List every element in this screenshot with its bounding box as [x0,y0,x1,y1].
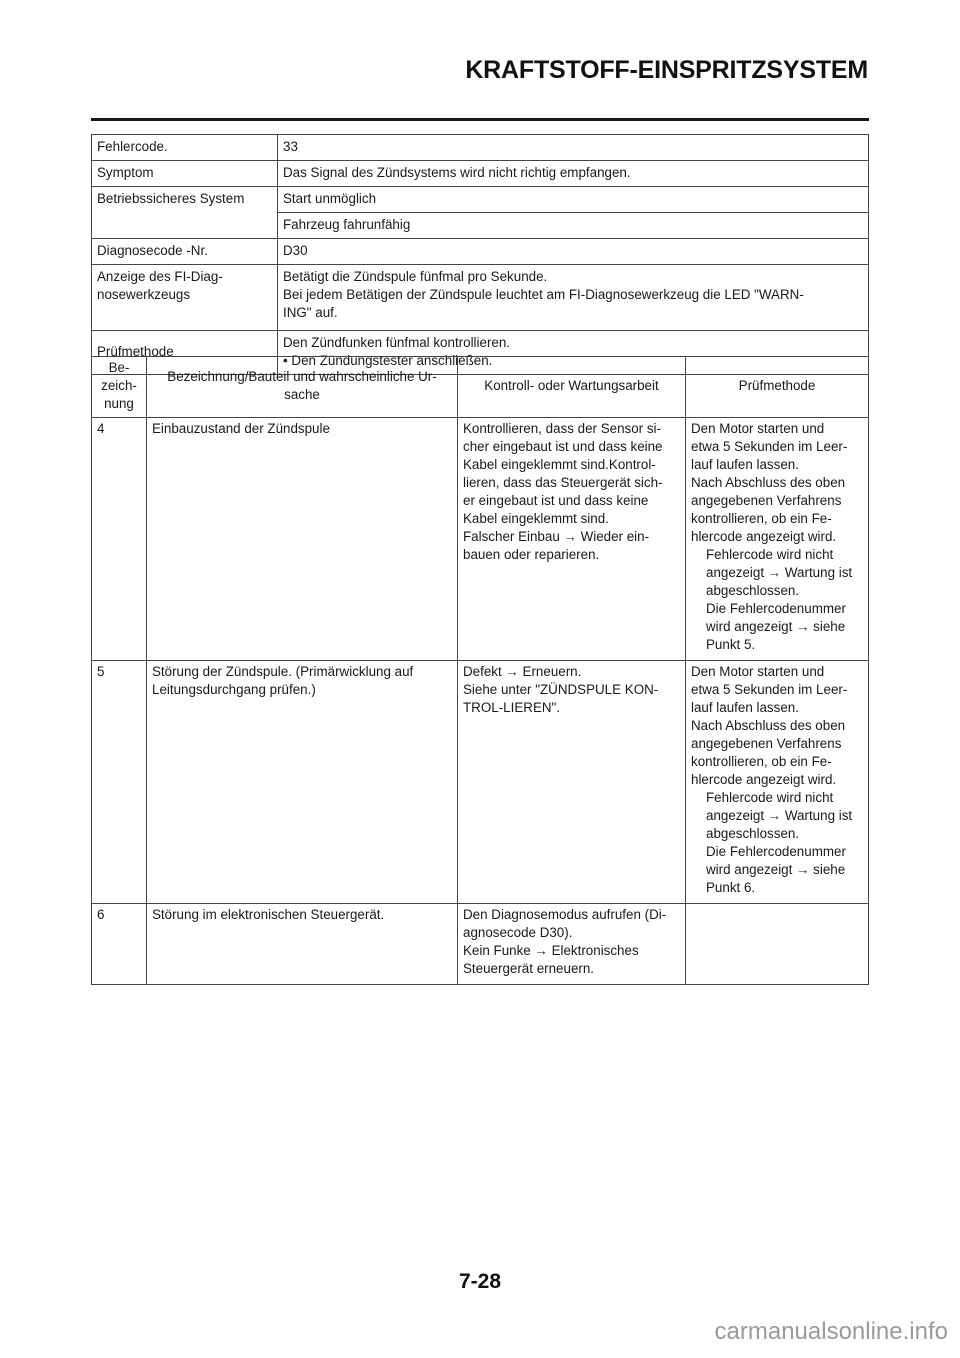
info-value: D30 [278,239,869,265]
info-label: Symptom [92,161,278,187]
text-line: kontrollieren, ob ein Fe- [691,753,863,771]
header-rule [91,118,869,121]
text-line: Den Zündfunken fünfmal kontrollieren. [283,334,863,352]
text-line: angegebenen Verfahrens [691,735,863,753]
info-value: Betätigt die Zündspule fünfmal pro Sekun… [278,265,869,331]
text-line: Einbauzustand der Zündspule [152,420,452,438]
text-line-indented: Fehlercode wird nicht [691,789,863,807]
text-line-indented: angezeigt → Wartung ist [691,807,863,825]
info-value: 33 [278,135,869,161]
info-row-betriebssicheres: Betriebssicheres System Start unmöglich [92,187,869,213]
info-label: Fehlercode. [92,135,278,161]
text-line-indented: Punkt 5. [691,636,863,654]
text-line: Defekt → Erneuern. [463,663,680,681]
step-cause: Einbauzustand der Zündspule [147,418,458,661]
step-cause: Störung im elektronischen Steuergerät. [147,904,458,985]
text-line: Den Motor starten und [691,420,863,438]
text-line: nosewerkzeugs [97,286,272,304]
step-action: Den Diagnosemodus aufrufen (Di-agnosecod… [458,904,686,985]
text-line: kontrollieren, ob ein Fe- [691,510,863,528]
text-line: Den Diagnosemodus aufrufen (Di- [463,906,680,924]
table-row: 5Störung der Zündspule. (Primärwicklung … [92,661,869,904]
text-line-indented: abgeschlossen. [691,582,863,600]
diagnosis-steps-table: Be-zeich-nung Bezeichnung/Bauteil und wa… [91,356,869,985]
text-line: Betätigt die Zündspule fünfmal pro Sekun… [283,268,863,286]
text-line: TROL-LIEREN". [463,699,680,717]
table-row: 4Einbauzustand der ZündspuleKontrolliere… [92,418,869,661]
text-line: angegebenen Verfahrens [691,492,863,510]
step-number: 4 [92,418,147,661]
text-line: Störung im elektronischen Steuergerät. [152,906,452,924]
text-line: Störung der Zündspule. (Primärwicklung a… [152,663,452,681]
text-line: lieren, dass das Steuergerät sich- [463,474,680,492]
text-line: Kontrollieren, dass der Sensor si- [463,420,680,438]
text-line: Anzeige des FI-Diag- [97,268,272,286]
info-row-fehlercode: Fehlercode. 33 [92,135,869,161]
step-method: Den Motor starten undetwa 5 Sekunden im … [686,661,869,904]
text-line: ING" auf. [283,304,863,322]
text-line: hlercode angezeigt wird. [691,771,863,789]
text-line: nung [96,395,142,413]
text-line-indented: angezeigt → Wartung ist [691,564,863,582]
text-line: sache [151,386,453,404]
page-title: KRAFTSTOFF-EINSPRITZSYSTEM [465,56,868,85]
text-line: etwa 5 Sekunden im Leer- [691,681,863,699]
header-nr: Be-zeich-nung [92,357,147,418]
info-row-diagnosecode: Diagnosecode -Nr. D30 [92,239,869,265]
text-line: Nach Abschluss des oben [691,474,863,492]
step-cause: Störung der Zündspule. (Primärwicklung a… [147,661,458,904]
step-number: 6 [92,904,147,985]
step-number: 5 [92,661,147,904]
step-method [686,904,869,985]
page-number: 7-28 [0,1270,960,1294]
text-line: Den Motor starten und [691,663,863,681]
text-line: bauen oder reparieren. [463,546,680,564]
text-line: zeich- [96,377,142,395]
info-value: Start unmöglich [278,187,869,213]
info-row-anzeige: Anzeige des FI-Diag-nosewerkzeugs Betäti… [92,265,869,331]
text-line: lauf laufen lassen. [691,699,863,717]
text-line: er eingebaut ist und dass keine [463,492,680,510]
info-label: Anzeige des FI-Diag-nosewerkzeugs [92,265,278,331]
text-line-indented: wird angezeigt → siehe [691,861,863,879]
table-row: 6Störung im elektronischen Steuergerät.D… [92,904,869,985]
step-action: Kontrollieren, dass der Sensor si-cher e… [458,418,686,661]
text-line: Kabel eingeklemmt sind. [463,510,680,528]
text-line: lauf laufen lassen. [691,456,863,474]
text-line: Steuergerät erneuern. [463,960,680,978]
text-line: Nach Abschluss des oben [691,717,863,735]
text-line: Falscher Einbau → Wieder ein- [463,528,680,546]
info-row-symptom: Symptom Das Signal des Zündsystems wird … [92,161,869,187]
step-action: Defekt → Erneuern.Siehe unter "ZÜNDSPULE… [458,661,686,904]
text-line-indented: abgeschlossen. [691,825,863,843]
text-line-indented: Die Fehlercodenummer [691,600,863,618]
header-method: Prüfmethode [686,357,869,418]
info-value: Das Signal des Zündsystems wird nicht ri… [278,161,869,187]
text-line: cher eingebaut ist und dass keine [463,438,680,456]
text-line-indented: wird angezeigt → siehe [691,618,863,636]
text-line: Be- [96,359,142,377]
text-line: Bei jedem Betätigen der Zündspule leucht… [283,286,863,304]
text-line: Bezeichnung/Bauteil und wahrscheinliche … [151,368,453,386]
info-label: Diagnosecode -Nr. [92,239,278,265]
info-value: Fahrzeug fahrunfähig [278,213,869,239]
info-label: Betriebssicheres System [92,187,278,239]
text-line: Leitungsdurchgang prüfen.) [152,681,452,699]
steps-header-row: Be-zeich-nung Bezeichnung/Bauteil und wa… [92,357,869,418]
text-line: Kein Funke → Elektronisches [463,942,680,960]
fault-info-table: Fehlercode. 33 Symptom Das Signal des Zü… [91,134,869,375]
text-line-indented: Die Fehlercodenummer [691,843,863,861]
steps-body: 4Einbauzustand der ZündspuleKontrolliere… [92,418,869,985]
text-line: etwa 5 Sekunden im Leer- [691,438,863,456]
header-cause: Bezeichnung/Bauteil und wahrscheinliche … [147,357,458,418]
text-line-indented: Fehlercode wird nicht [691,546,863,564]
watermark: carmanualsonline.info [715,1318,948,1346]
text-line: hlercode angezeigt wird. [691,528,863,546]
text-line-indented: Punkt 6. [691,879,863,897]
text-line: agnosecode D30). [463,924,680,942]
header-action: Kontroll- oder Wartungsarbeit [458,357,686,418]
text-line: Siehe unter "ZÜNDSPULE KON- [463,681,680,699]
step-method: Den Motor starten undetwa 5 Sekunden im … [686,418,869,661]
text-line: Kabel eingeklemmt sind.Kontrol- [463,456,680,474]
